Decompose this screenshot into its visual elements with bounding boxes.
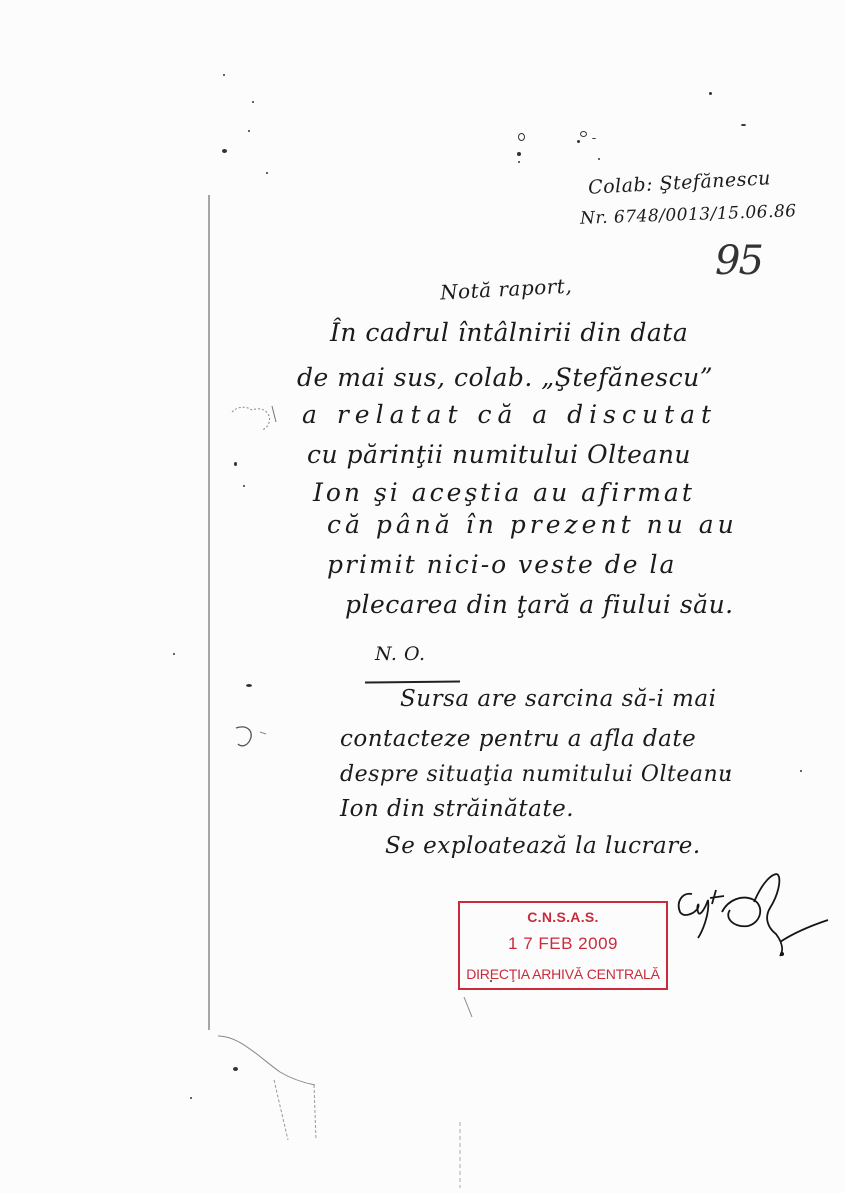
header-register-number: Nr. 6748/0013/15.06.86: [580, 201, 797, 229]
header-collaborator: Colab: Ştefănescu: [588, 167, 772, 199]
stray-mark-bottom: [455, 1120, 465, 1190]
scan-speck: [248, 130, 250, 132]
note-line-3: despre situaţia numitului Olteanu: [340, 762, 733, 787]
signature: [672, 872, 832, 972]
document-title: Notă raport,: [439, 274, 572, 305]
scanned-document-page: Colab: Ştefănescu Nr. 6748/0013/15.06.86…: [0, 0, 845, 1193]
body-line-6: că până în prezent nu au: [327, 510, 738, 539]
body-line-3: a relatat că a discutat: [302, 400, 717, 429]
body-line-2: de mai sus, colab. „Ştefănescu”: [297, 363, 713, 392]
body-line-1: În cadrul întâlnirii din data: [330, 318, 688, 347]
note-line-2: contacteze pentru a afla date: [340, 726, 696, 752]
body-line-8: plecarea din ţară a fiului său.: [345, 590, 734, 619]
scan-speck: [800, 770, 802, 772]
scan-speck: [243, 485, 245, 487]
scan-speck: [517, 152, 521, 156]
stamp-date: 1 7 FEB 2009: [460, 934, 666, 954]
margin-line: [208, 195, 210, 1030]
scan-speck: [246, 684, 252, 687]
scan-speck: [266, 172, 268, 174]
folio-number: 95: [715, 238, 762, 284]
scan-speck: [252, 101, 254, 103]
scan-speck: [592, 138, 596, 139]
note-line-1: Sursa are sarcina să-i mai: [400, 686, 716, 712]
scan-speck: [234, 462, 237, 466]
scan-speck: [223, 74, 225, 76]
stray-mark-right: [460, 995, 480, 1025]
scan-speck: [190, 1097, 192, 1099]
scan-speck: [518, 133, 525, 141]
scan-speck: [222, 149, 227, 153]
body-line-5: Ion şi aceştia au afirmat: [313, 478, 695, 507]
archive-stamp: C.N.S.A.S. 1 7 FEB 2009 DIRECŢIA ARHIVĂ …: [458, 901, 668, 990]
note-heading: N. O.: [375, 643, 426, 665]
note-line-5: Se exploatează la lucrare.: [385, 833, 701, 859]
body-line-4: cu părinţii numitului Olteanu: [307, 440, 691, 469]
scan-speck: [598, 158, 600, 160]
scan-speck: [741, 124, 746, 126]
note-heading-underline: [365, 681, 460, 684]
scan-speck: [518, 161, 520, 163]
stamp-department: DIRECŢIA ARHIVĂ CENTRALĂ: [460, 966, 666, 982]
body-line-7: primit nici-o veste de la: [327, 550, 676, 579]
stray-mark-left-2: [234, 722, 274, 752]
stray-curve-bottom: [210, 1030, 330, 1140]
scan-speck: [709, 92, 712, 95]
note-line-4: Ion din străinătate.: [340, 796, 574, 822]
scan-speck: [577, 140, 580, 143]
stamp-institution: C.N.S.A.S.: [460, 909, 666, 925]
scan-speck: [580, 131, 587, 137]
stray-mark-left: [228, 400, 288, 440]
scan-speck: [173, 653, 175, 655]
